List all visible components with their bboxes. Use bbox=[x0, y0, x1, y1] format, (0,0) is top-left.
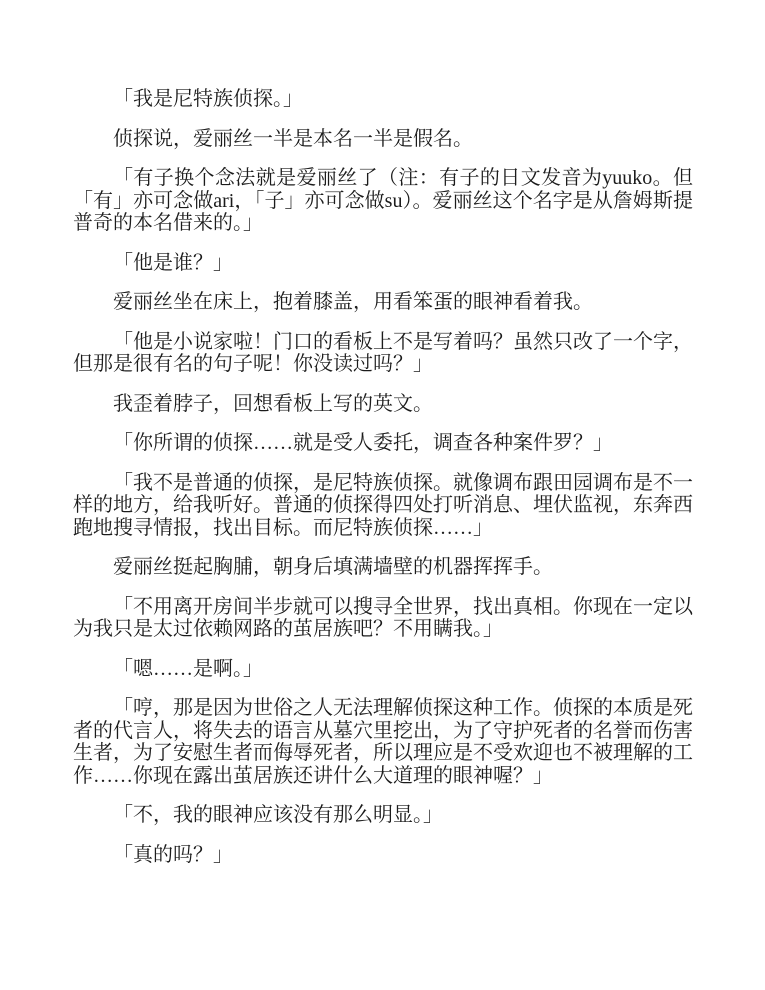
book-page: 「我是尼特族侦探。」侦探说，爱丽丝一半是本名一半是假名。「有子换个念法就是爱丽丝… bbox=[0, 0, 765, 990]
page-text-block: 「我是尼特族侦探。」侦探说，爱丽丝一半是本名一半是假名。「有子换个念法就是爱丽丝… bbox=[73, 88, 693, 883]
paragraph: 「不用离开房间半步就可以搜寻全世界，找出真相。你现在一定以为我只是太过依赖网路的… bbox=[73, 596, 693, 641]
paragraph: 「不，我的眼神应该没有那么明显。」 bbox=[73, 804, 693, 827]
paragraph: 「我是尼特族侦探。」 bbox=[73, 88, 693, 111]
paragraph: 「嗯……是啊。」 bbox=[73, 658, 693, 681]
paragraph: 「有子换个念法就是爱丽丝了（注：有子的日文发音为yuuko。但「有」亦可念做ar… bbox=[73, 167, 693, 235]
paragraph: 「他是小说家啦！门口的看板上不是写着吗？虽然只改了一个字，但那是很有名的句子呢！… bbox=[73, 331, 693, 376]
paragraph: 爱丽丝挺起胸脯，朝身后填满墙壁的机器挥挥手。 bbox=[73, 556, 693, 579]
paragraph: 「你所谓的侦探……就是受人委托，调查各种案件罗？」 bbox=[73, 432, 693, 455]
paragraph: 我歪着脖子，回想看板上写的英文。 bbox=[73, 393, 693, 416]
paragraph: 爱丽丝坐在床上，抱着膝盖，用看笨蛋的眼神看着我。 bbox=[73, 291, 693, 314]
paragraph: 侦探说，爱丽丝一半是本名一半是假名。 bbox=[73, 128, 693, 151]
paragraph: 「他是谁？」 bbox=[73, 252, 693, 275]
paragraph: 「我不是普通的侦探，是尼特族侦探。就像调布跟田园调布是不一样的地方，给我听好。普… bbox=[73, 472, 693, 540]
paragraph: 「哼，那是因为世俗之人无法理解侦探这种工作。侦探的本质是死者的代言人，将失去的语… bbox=[73, 697, 693, 787]
paragraph: 「真的吗？」 bbox=[73, 844, 693, 867]
